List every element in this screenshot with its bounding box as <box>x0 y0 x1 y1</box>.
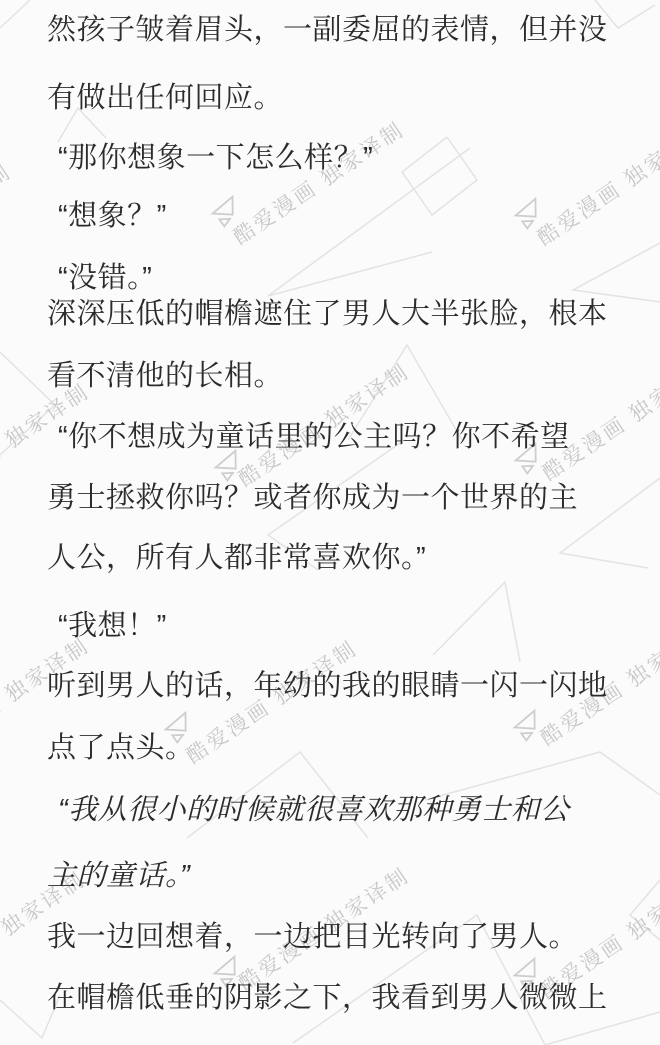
story-line: 人公，所有人都非常喜欢你。” <box>47 542 647 575</box>
story-line: “我想！” <box>47 610 658 643</box>
story-line: 我一边回想着，一边把目光转向了男人。 <box>47 921 647 954</box>
novel-reader-page: 酷爱漫画 独家译制 酷爱漫画 独家译制 酷爱漫画 独家译制 酷爱漫画 独家译制 … <box>0 0 660 1045</box>
story-text: 然孩子皱着眉头，一副委屈的表情，但并没 有做出任何回应。 “那你想象一下怎么样？… <box>0 0 660 1045</box>
story-line: “想象？” <box>47 200 658 233</box>
story-line: “没错。” <box>47 262 658 295</box>
story-line: 听到男人的话，年幼的我的眼睛一闪一闪地 <box>47 670 647 703</box>
story-line: 在帽檐低垂的阴影之下，我看到男人微微上 <box>47 982 647 1015</box>
story-line: “那你想象一下怎么样？” <box>47 142 658 175</box>
story-line: “你不想成为童话里的公主吗？你不希望 <box>47 421 658 454</box>
story-line: 主的童话。” <box>47 860 647 893</box>
story-line: 有做出任何回应。 <box>47 82 647 115</box>
story-line: 勇士拯救你吗？或者你成为一个世界的主 <box>47 482 647 515</box>
story-line: “我从很小的时候就很喜欢那种勇士和公 <box>47 794 658 827</box>
story-line: 看不清他的长相。 <box>47 360 647 393</box>
story-line: 点了点头。 <box>47 732 647 765</box>
story-line: 深深压低的帽檐遮住了男人大半张脸，根本 <box>47 298 647 331</box>
story-line: 然孩子皱着眉头，一副委屈的表情，但并没 <box>47 14 647 47</box>
